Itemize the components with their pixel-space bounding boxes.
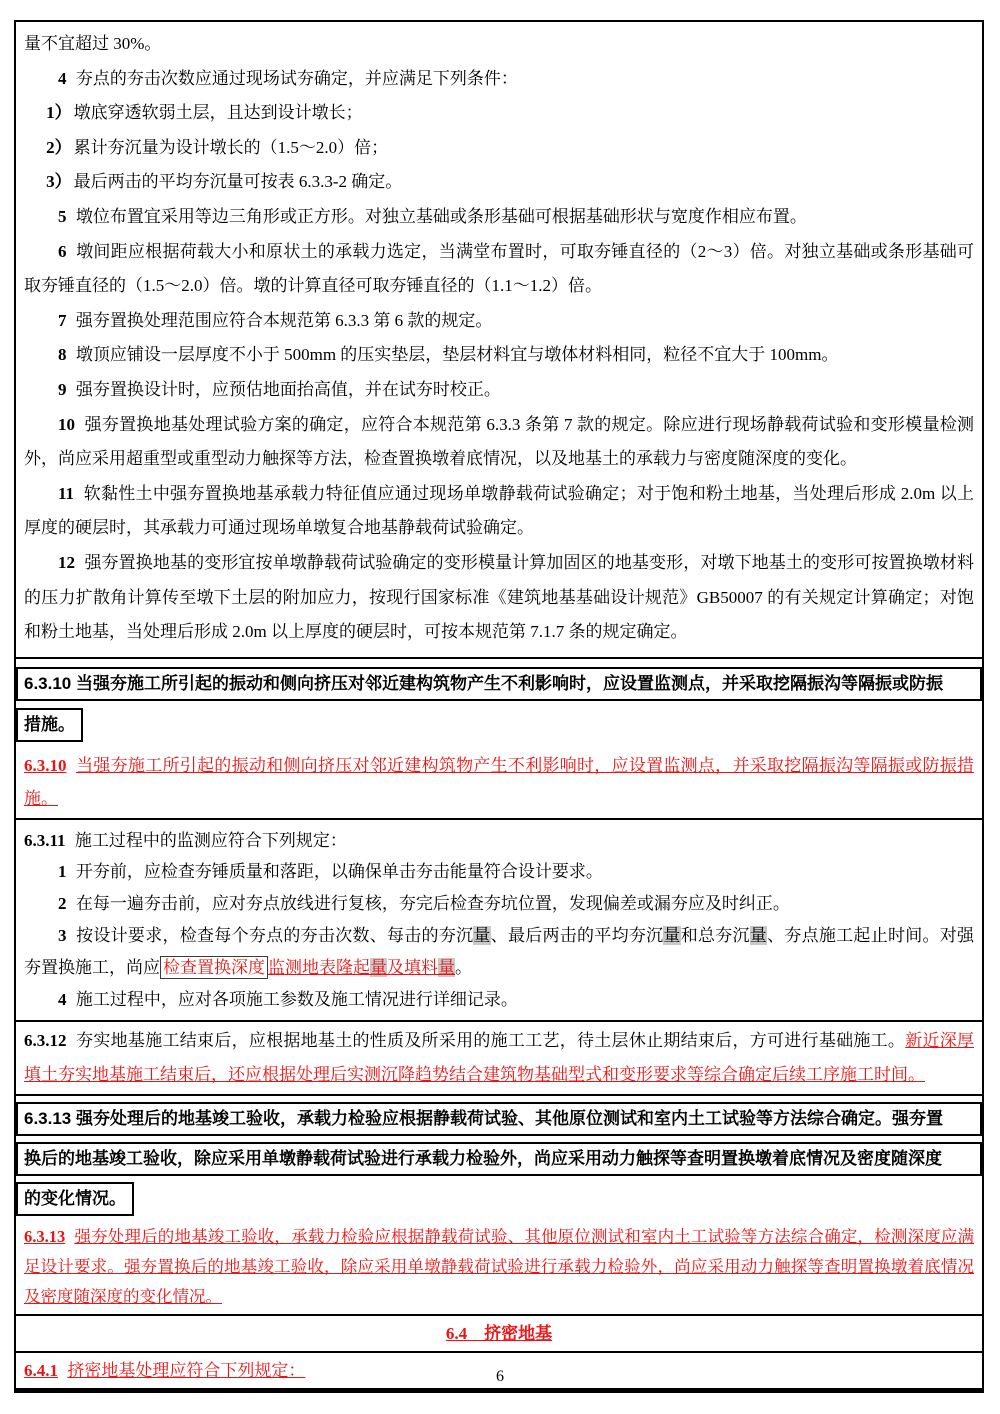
text-run: 施工过程中，应对各项施工参数及施工情况进行详细记录。 [76, 990, 518, 1009]
clause-heading: 6.3.11施工过程中的监测应符合下列规定： [24, 825, 974, 857]
clause-number: 6.3.10 [24, 756, 67, 775]
text-run: 夯点的夯击次数应通过现场试夯确定，并应满足下列条件： [76, 69, 518, 88]
text-run: 开夯前，应检查夯锤质量和落距，以确保单击夯击能量符合设计要求。 [76, 862, 603, 881]
text-run: 强夯处理后的地基竣工验收，承载力检验应根据静载荷试验、其他原位测试和室内土工试验… [24, 1227, 974, 1306]
item-number: 11 [58, 484, 74, 503]
paragraph: 5墩位布置宜采用等边三角形或正方形。对独立基础或条形基础可根据基础形状与宽度作相… [24, 200, 974, 235]
inserted-text: 监测地表隆起 [268, 958, 370, 977]
inserted-text-shaded: 量 [370, 958, 387, 977]
inserted-text: 及填料 [387, 958, 438, 977]
revision-paragraph: 6.3.10当强夯施工所引起的振动和侧向挤压对邻近建构筑物产生不利影响时，应设置… [24, 749, 974, 815]
text-run: 墩间距应根据荷载大小和原状土的承载力选定，当满堂布置时，可取夯锤直径的（2～3）… [24, 242, 974, 296]
paragraph: 9强夯置换设计时，应预估地面抬高值，并在试夯时校正。 [24, 373, 974, 408]
paragraph: 7强夯置换处理范围应符合本规范第 6.3.3 第 6 款的规定。 [24, 304, 974, 339]
shaded-char: 量 [473, 926, 490, 945]
text-run: 强夯置换处理范围应符合本规范第 6.3.3 第 6 款的规定。 [76, 311, 493, 330]
item-number: 1） [46, 103, 72, 122]
paragraph: 11软黏性土中强夯置换地基承载力特征值应通过现场单墩静载荷试验确定；对于饱和粉土… [24, 477, 974, 546]
boxed-text-line: 换后的地基竣工验收，除应采用单墩静载荷试验进行承载力检验外，尚应采用动力触探等查… [16, 1142, 982, 1176]
text-run: 、最后两击的平均夯沉 [491, 926, 664, 945]
paragraph: 2在每一遍夯击前，应对夯点放线进行复核，夯完后检查夯坑位置，发现偏差或漏夯应及时… [24, 888, 974, 920]
paragraph: 2）累计夯沉量为设计墩长的（1.5～2.0）倍； [24, 131, 974, 166]
boxed-text-line: 6.3.10 当强夯施工所引起的振动和侧向挤压对邻近建构筑物产生不利影响时，应设… [16, 667, 982, 701]
section-title: 6.4 挤密地基 [24, 1319, 974, 1348]
text-run: 墩位布置宜采用等边三角形或正方形。对独立基础或条形基础可根据基础形状与宽度作相应… [76, 207, 807, 226]
shaded-char: 量 [663, 926, 680, 945]
clause-6-3-11: 6.3.11施工过程中的监测应符合下列规定： 1开夯前，应检查夯锤质量和落距，以… [16, 818, 982, 1021]
paragraph: 12强夯置换地基的变形宜按单墩静载荷试验确定的变形模量计算加固区的地基变形，对墩… [24, 546, 974, 650]
clause-6-3-12: 6.3.12夯实地基施工结束后，应根据地基土的性质及所采用的施工工艺，待土层休止… [16, 1020, 982, 1094]
text-run: 量不宜超过 30%。 [24, 34, 161, 53]
item-number: 6 [58, 242, 67, 261]
item-number: 3 [58, 926, 67, 945]
paragraph: 量不宜超过 30%。 [24, 27, 974, 62]
paragraph: 10强夯置换地基处理试验方案的确定，应符合本规范第 6.3.3 条第 7 款的规… [24, 408, 974, 477]
item-number: 2） [46, 138, 72, 157]
text-run: 施工过程中的监测应符合下列规定： [75, 831, 347, 850]
item-number: 10 [58, 415, 75, 434]
item-number: 5 [58, 207, 67, 226]
paragraph: 1开夯前，应检查夯锤质量和落距，以确保单击夯击能量符合设计要求。 [24, 856, 974, 888]
text-run: 。 [455, 958, 472, 977]
text-run: 强夯置换地基处理试验方案的确定，应符合本规范第 6.3.3 条第 7 款的规定。… [24, 415, 974, 469]
shaded-char: 量 [750, 926, 767, 945]
paragraph: 6墩间距应根据荷载大小和原状土的承载力选定，当满堂布置时，可取夯锤直径的（2～3… [24, 235, 974, 304]
item-number: 2 [58, 894, 67, 913]
text-run: 和总夯沉 [681, 926, 750, 945]
item-number: 3） [46, 172, 72, 191]
paragraph: 4施工过程中，应对各项施工参数及施工情况进行详细记录。 [24, 984, 974, 1016]
document-table: 量不宜超过 30%。 4夯点的夯击次数应通过现场试夯确定，并应满足下列条件： 1… [14, 20, 984, 1393]
text-run: 强夯置换设计时，应预估地面抬高值，并在试夯时校正。 [76, 380, 501, 399]
paragraph: 3按设计要求，检查每个夯点的夯击次数、每击的夯沉量、最后两击的平均夯沉量和总夯沉… [24, 920, 974, 984]
section-strong-tamping-replacement: 量不宜超过 30%。 4夯点的夯击次数应通过现场试夯确定，并应满足下列条件： 1… [16, 22, 982, 657]
item-number: 8 [58, 345, 67, 364]
paragraph: 4夯点的夯击次数应通过现场试夯确定，并应满足下列条件： [24, 62, 974, 97]
section-heading-6-4: 6.4 挤密地基 [16, 1314, 982, 1351]
text-run: 强夯置换地基的变形宜按单墩静载荷试验确定的变形模量计算加固区的地基变形，对墩下地… [24, 553, 974, 641]
text-run: 在每一遍夯击前，应对夯点放线进行复核，夯完后检查夯坑位置，发现偏差或漏夯应及时纠… [76, 894, 790, 913]
revision-paragraph: 6.3.13强夯处理后的地基竣工验收，承载力检验应根据静载荷试验、其他原位测试和… [24, 1222, 974, 1312]
deleted-text-box: 检查置换深度 [160, 956, 268, 979]
text-run: 6.4 挤密地基 [446, 1324, 552, 1343]
text-run: 按设计要求，检查每个夯点的夯击次数、每击的夯沉 [76, 926, 474, 945]
clause-6-3-10: 6.3.10 当强夯施工所引起的振动和侧向挤压对邻近建构筑物产生不利影响时，应设… [16, 657, 982, 818]
paragraph: 6.3.12夯实地基施工结束后，应根据地基土的性质及所采用的施工工艺，待土层休止… [24, 1024, 974, 1092]
inserted-text-shaded: 量 [438, 958, 455, 977]
item-number: 1 [58, 862, 67, 881]
clause-number: 6.3.13 [24, 1227, 65, 1246]
paragraph: 3）最后两击的平均夯沉量可按表 6.3.3-2 确定。 [24, 165, 974, 200]
page-number: 6 [0, 1368, 1000, 1386]
boxed-text-line: 6.3.13 强夯处理后的地基竣工验收，承载力检验应根据静载荷试验、其他原位测试… [16, 1102, 982, 1136]
text-run: 墩顶应铺设一层厚度不小于 500mm 的压实垫层，垫层材料宜与墩体材料相同，粒径… [76, 345, 839, 364]
item-number: 12 [58, 553, 75, 572]
item-number: 4 [58, 990, 67, 1009]
text-run: 夯实地基施工结束后，应根据地基土的性质及所采用的施工工艺，待土层休止期结束后，方… [76, 1031, 905, 1050]
item-number: 9 [58, 380, 67, 399]
paragraph: 8墩顶应铺设一层厚度不小于 500mm 的压实垫层，垫层材料宜与墩体材料相同，粒… [24, 338, 974, 373]
boxed-text-line: 措施。 [16, 708, 83, 742]
document-page: 量不宜超过 30%。 4夯点的夯击次数应通过现场试夯确定，并应满足下列条件： 1… [0, 0, 1000, 1414]
text-run: 累计夯沉量为设计墩长的（1.5～2.0）倍； [74, 138, 389, 157]
text-run: 墩底穿透软弱土层，且达到设计墩长； [74, 103, 363, 122]
text-run: 软黏性土中强夯置换地基承载力特征值应通过现场单墩静载荷试验确定；对于饱和粉土地基… [24, 484, 974, 538]
clause-number: 6.3.11 [24, 831, 66, 850]
paragraph: 1）墩底穿透软弱土层，且达到设计墩长； [24, 96, 974, 131]
clause-number: 6.3.12 [24, 1031, 67, 1050]
clause-6-3-13: 6.3.13 强夯处理后的地基竣工验收，承载力检验应根据静载荷试验、其他原位测试… [16, 1094, 982, 1314]
item-number: 7 [58, 311, 67, 330]
item-number: 4 [58, 69, 67, 88]
text-run: 当强夯施工所引起的振动和侧向挤压对邻近建构筑物产生不利影响时，应设置监测点，并采… [24, 756, 974, 808]
boxed-text-line: 的变化情况。 [16, 1182, 134, 1216]
text-run: 最后两击的平均夯沉量可按表 6.3.3-2 确定。 [74, 172, 403, 191]
